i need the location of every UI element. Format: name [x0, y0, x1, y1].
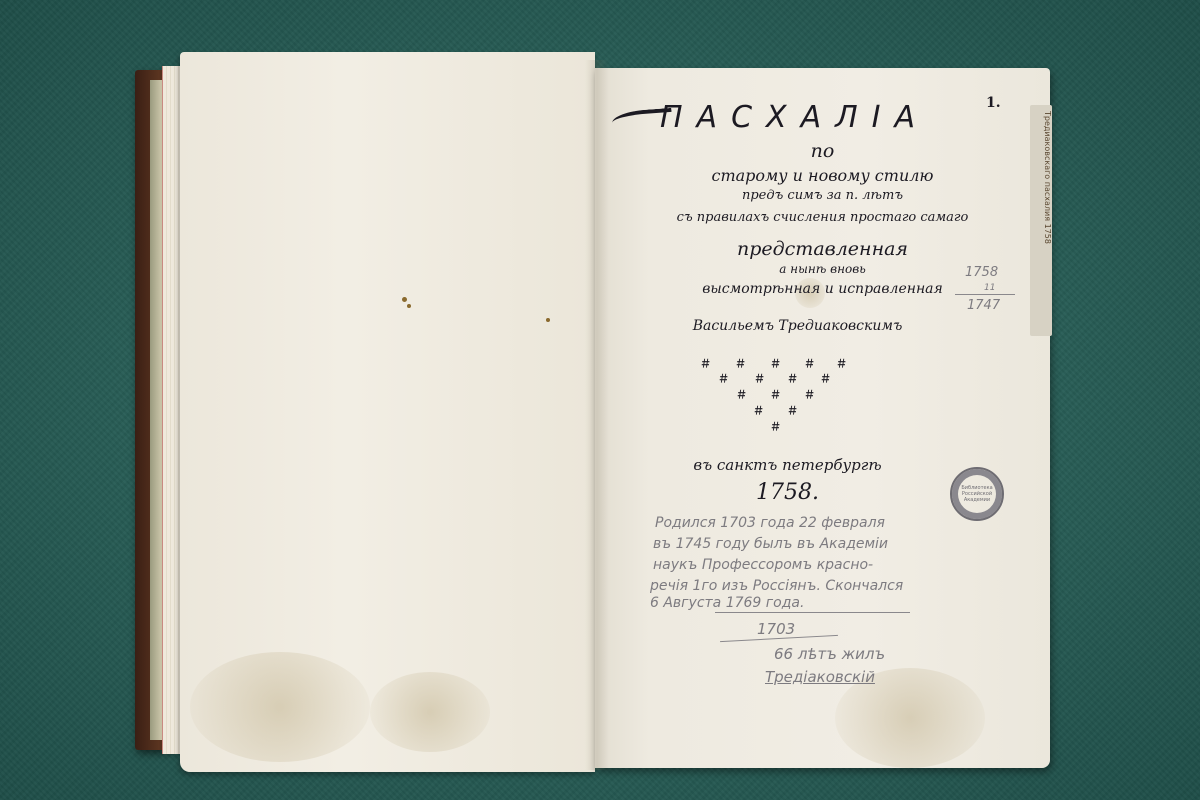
title-line-5: представленная — [595, 238, 1050, 260]
ornament-mark: ＃ — [804, 355, 815, 371]
title-line-4: съ правилахъ счисления простаго самаго — [595, 210, 1050, 225]
ornament-mark: ＃ — [736, 386, 747, 402]
ornament-mark: ＃ — [753, 402, 764, 418]
ornament-mark: ＃ — [804, 386, 815, 402]
calc-subtract: 1703 — [757, 620, 795, 638]
blank-left-page — [180, 52, 595, 772]
ornament-mark: ＃ — [754, 370, 765, 386]
ornament-mark: ＃ — [718, 370, 729, 386]
page-title: ПАСХАЛІА — [660, 100, 929, 135]
pencil-note-line-5: 6 Августа 1769 года. — [650, 595, 804, 611]
title-line-2: старому и новому стилю — [595, 166, 1050, 185]
water-stain — [370, 672, 490, 752]
pencil-note-line-3: наукъ Профессоромъ красно- — [653, 557, 873, 573]
pencil-signature: Тредіаковскій — [765, 668, 875, 686]
margin-note-mid: 11 — [984, 283, 995, 293]
note-rule — [715, 612, 910, 613]
pencil-note-line-4: речія 1го изъ Россіянъ. Скончался — [650, 578, 903, 594]
triangle-ornament: ＃ ＃ ＃ ＃ ＃ ＃ ＃ ＃ ＃ ＃ ＃ ＃ ＃ ＃ ＃ — [700, 350, 860, 450]
ornament-mark: ＃ — [787, 402, 798, 418]
ornament-mark: ＃ — [770, 355, 781, 371]
imprint-year: 1758. — [560, 480, 1015, 505]
ornament-mark: ＃ — [700, 355, 711, 371]
calc-result: 66 лѣтъ жилъ — [774, 645, 885, 663]
margin-note-top: 1758 — [965, 265, 998, 280]
ornament-mark: ＃ — [770, 418, 781, 434]
ornament-mark: ＃ — [820, 370, 831, 386]
author-line: Васильемъ Тредиаковскимъ — [570, 318, 1025, 334]
title-line-3: предъ симъ за п. лѣтъ — [595, 188, 1050, 203]
ornament-mark: ＃ — [836, 355, 847, 371]
ornament-mark: ＃ — [735, 355, 746, 371]
page-number: 1. — [986, 95, 1001, 111]
ornament-mark: ＃ — [787, 370, 798, 386]
margin-note-bottom: 1747 — [967, 298, 1000, 313]
foxing-spot — [546, 318, 550, 322]
open-manuscript-book: Тредиаковскаго пасхалия 1758 ПАСХАЛІА 1.… — [0, 0, 1200, 800]
pencil-note-line-1: Родился 1703 года 22 февраля — [655, 515, 885, 531]
pencil-note-line-2: въ 1745 году былъ въ Академіи — [653, 536, 888, 552]
margin-rule — [955, 294, 1015, 295]
water-stain — [190, 652, 370, 762]
ornament-mark: ＃ — [770, 386, 781, 402]
foxing-spot — [407, 304, 411, 308]
library-stamp: Библиотека Российской Академии — [950, 467, 1004, 521]
foxing-spot — [402, 297, 407, 302]
title-line-1: по — [595, 140, 1050, 162]
imprint-place: въ санктъ петербургѣ — [560, 456, 1015, 474]
